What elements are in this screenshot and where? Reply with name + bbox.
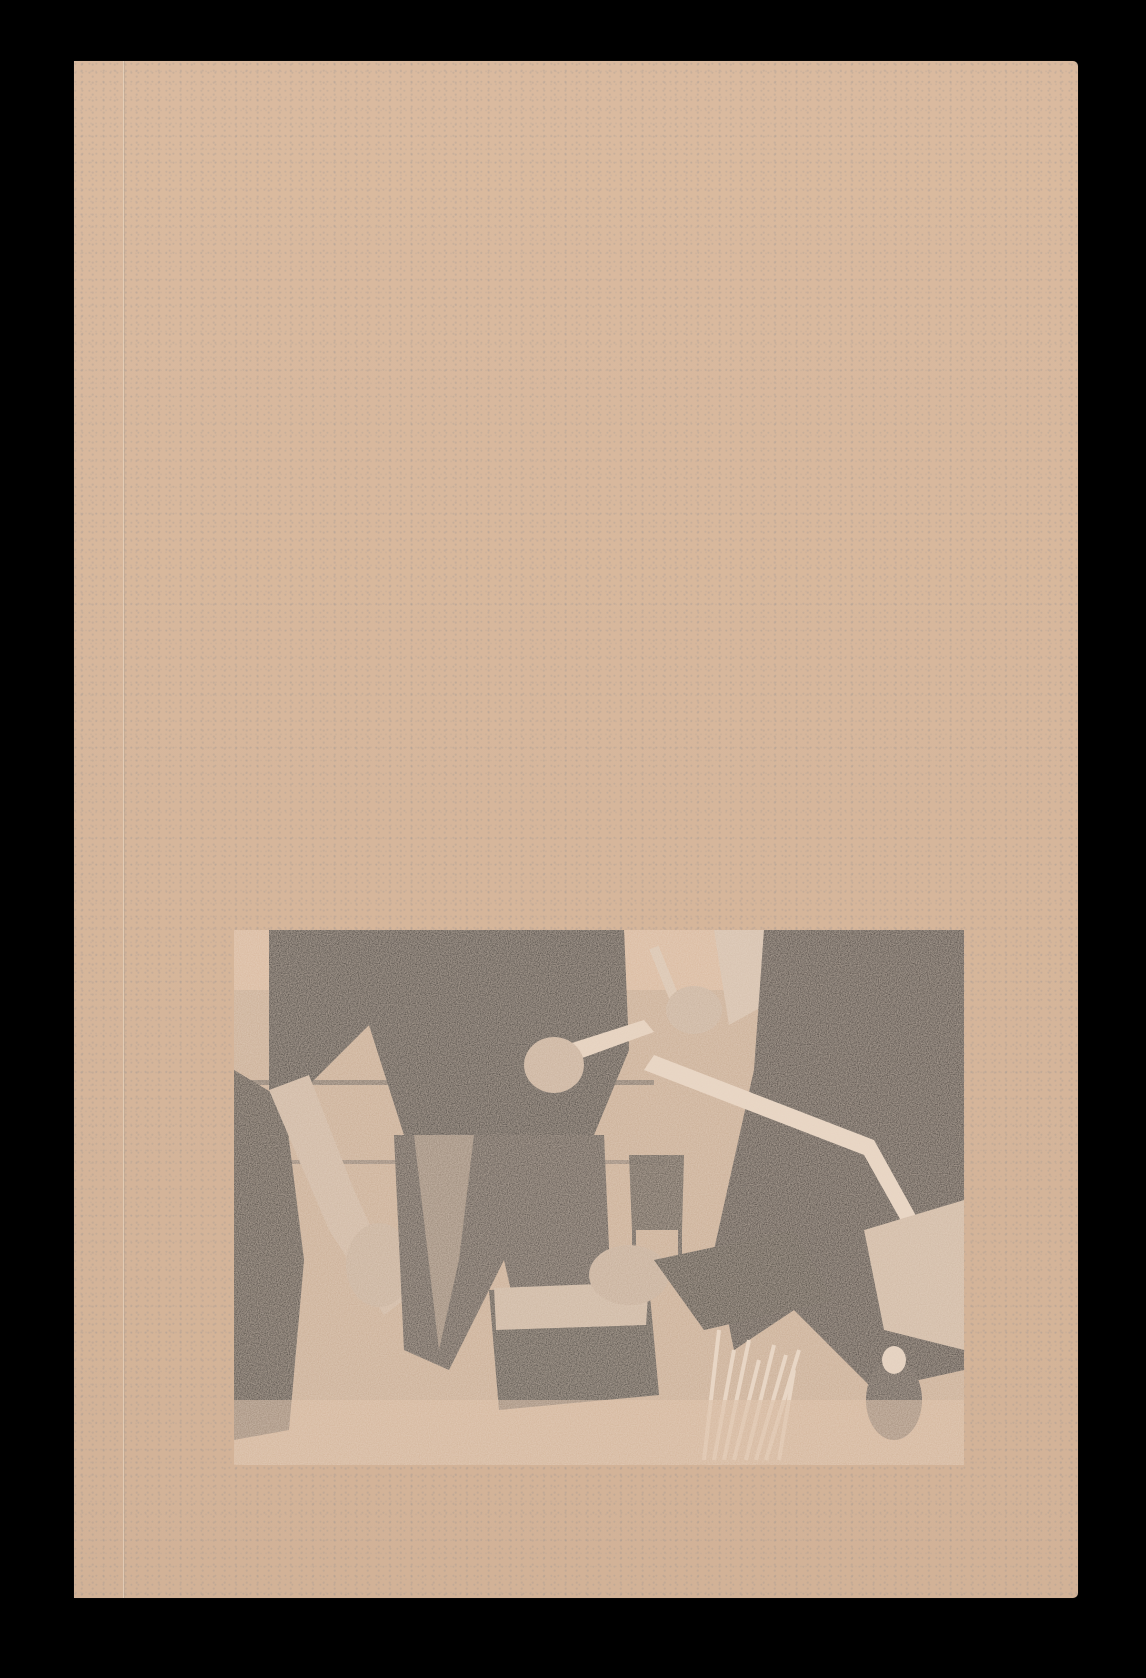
halftone-photo-illustration [234, 930, 964, 1465]
spine-crease [123, 61, 125, 1598]
book-cover [74, 61, 1078, 1598]
scene-background [0, 0, 1146, 1678]
cover-photo [234, 930, 964, 1465]
